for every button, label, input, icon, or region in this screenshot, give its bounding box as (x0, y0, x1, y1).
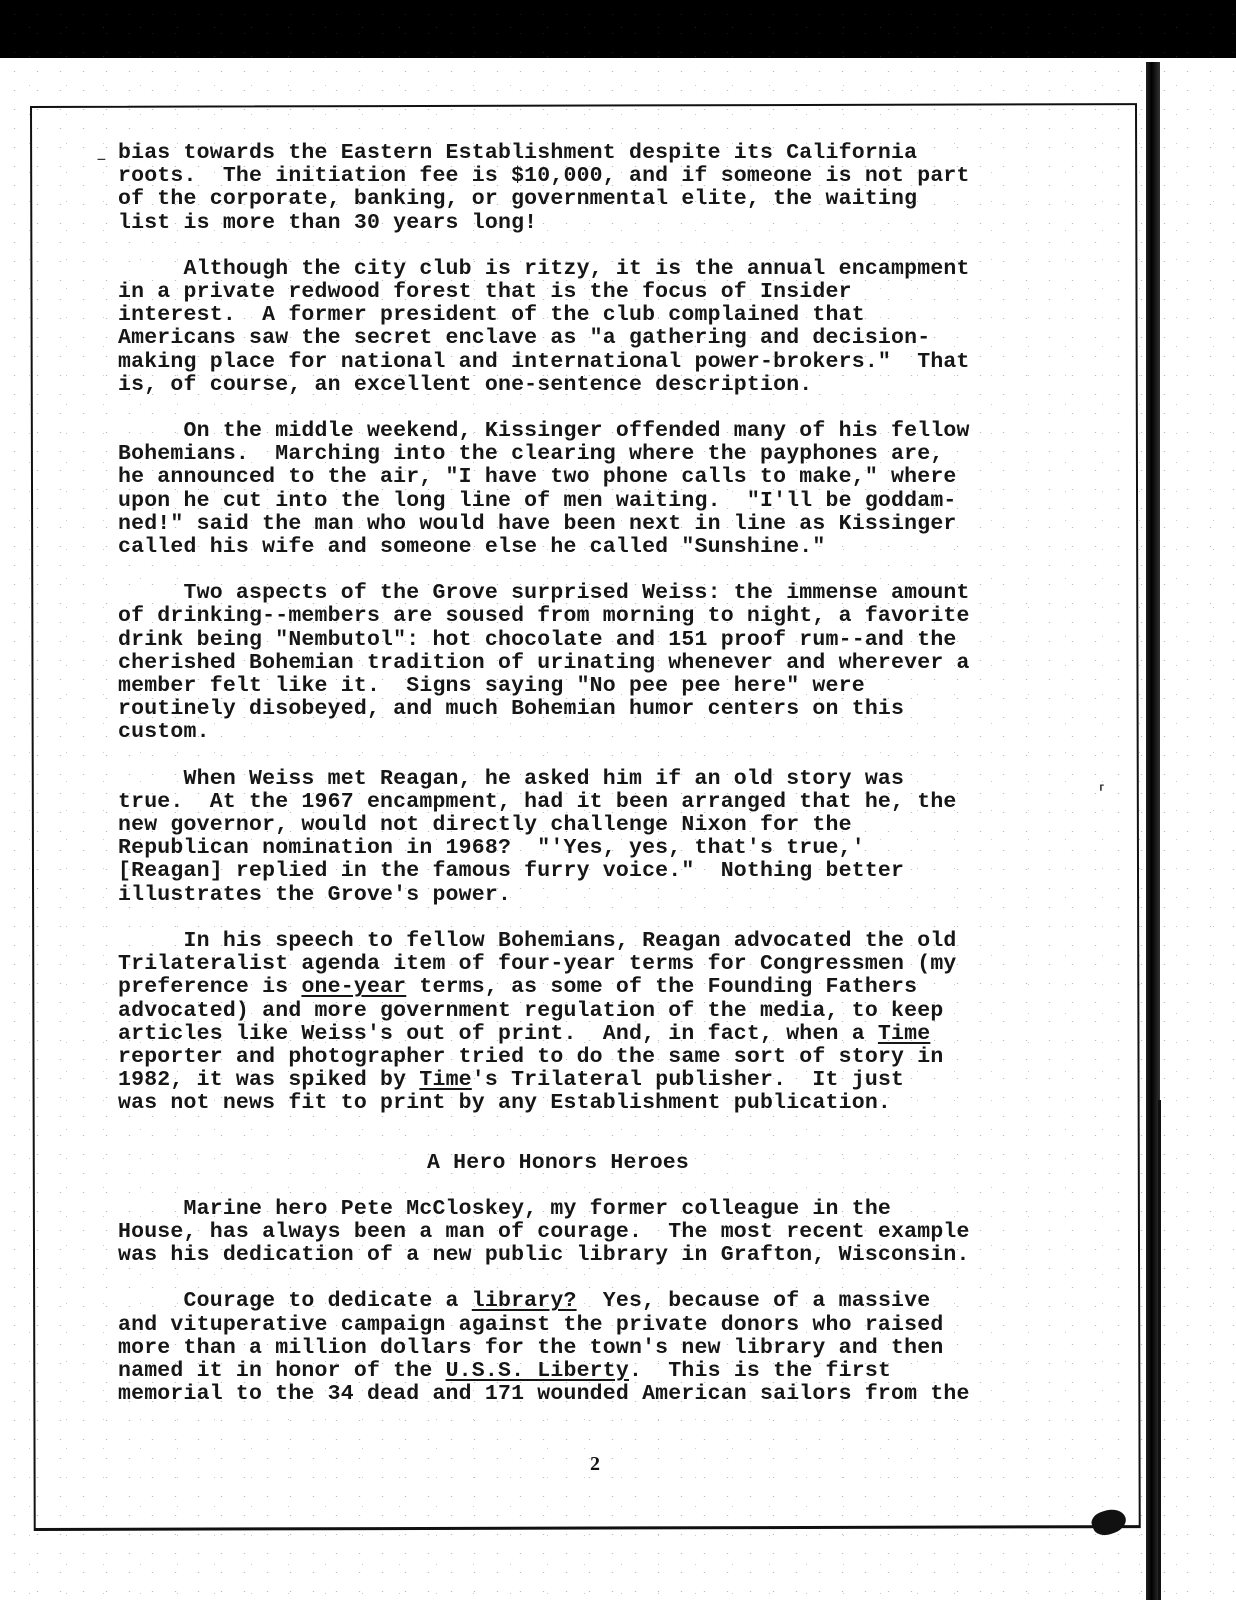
text-line: Marine hero Pete McCloskey, my former co… (118, 1198, 1038, 1221)
paragraph-p8-library: Courage to dedicate a library? Yes, beca… (118, 1290, 1038, 1406)
text-line: [Reagan] replied in the famous furry voi… (118, 860, 1038, 883)
text-line: of drinking--members are soused from mor… (118, 605, 1038, 628)
underlined-text: U.S.S. Liberty (446, 1359, 629, 1383)
document-body: bias towards the Eastern Establishment d… (118, 142, 1038, 1429)
text-line: in a private redwood forest that is the … (118, 281, 1038, 304)
text-line: new governor, would not directly challen… (118, 814, 1038, 837)
text-line: named it in honor of the U.S.S. Liberty.… (118, 1360, 1038, 1383)
text-line: member felt like it. Signs saying "No pe… (118, 675, 1038, 698)
paragraph-p7-mccloskey: Marine hero Pete McCloskey, my former co… (118, 1198, 1038, 1268)
text-line: of the corporate, banking, or government… (118, 188, 1038, 211)
text-line: he announced to the air, "I have two pho… (118, 466, 1038, 489)
paragraph-p6-speech: In his speech to fellow Bohemians, Reaga… (118, 930, 1038, 1116)
paragraph-p1-club-bias: bias towards the Eastern Establishment d… (118, 142, 1038, 235)
text-line: list is more than 30 years long! (118, 212, 1038, 235)
text-line: illustrates the Grove's power. (118, 884, 1038, 907)
text-line: Trilateralist agenda item of four-year t… (118, 953, 1038, 976)
page-number: 2 (590, 1453, 600, 1476)
scan-right-edge-line (1158, 1100, 1161, 1600)
text-line: was not news fit to print by any Establi… (118, 1092, 1038, 1115)
text-line: House, has always been a man of courage.… (118, 1221, 1038, 1244)
paragraph-p2-encampment: Although the city club is ritzy, it is t… (118, 258, 1038, 397)
text-line: upon he cut into the long line of men wa… (118, 490, 1038, 513)
text-line: true. At the 1967 encampment, had it bee… (118, 791, 1038, 814)
text-line: Although the city club is ritzy, it is t… (118, 258, 1038, 281)
text-line: reporter and photographer tried to do th… (118, 1046, 1038, 1069)
paragraph-group-section: Marine hero Pete McCloskey, my former co… (118, 1198, 1038, 1407)
text-line: In his speech to fellow Bohemians, Reaga… (118, 930, 1038, 953)
text-line: Courage to dedicate a library? Yes, beca… (118, 1290, 1038, 1313)
paragraph-group-main: bias towards the Eastern Establishment d… (118, 142, 1038, 1116)
underlined-text: one-year (301, 975, 406, 999)
text-line: When Weiss met Reagan, he asked him if a… (118, 768, 1038, 791)
text-line: On the middle weekend, Kissinger offende… (118, 420, 1038, 443)
text-line: and vituperative campaign against the pr… (118, 1314, 1038, 1337)
text-line: is, of course, an excellent one-sentence… (118, 374, 1038, 397)
underlined-text: library? (472, 1289, 577, 1313)
text-line: preference is one-year terms, as some of… (118, 976, 1038, 999)
text-line: Republican nomination in 1968? "'Yes, ye… (118, 837, 1038, 860)
text-line: Bohemians. Marching into the clearing wh… (118, 443, 1038, 466)
text-line: articles like Weiss's out of print. And,… (118, 1023, 1038, 1046)
underlined-text: Time (419, 1068, 471, 1092)
text-line: ned!" said the man who would have been n… (118, 513, 1038, 536)
text-line: roots. The initiation fee is $10,000, an… (118, 165, 1038, 188)
margin-dash-mark: – (96, 150, 107, 170)
paragraph-p4-two-aspects: Two aspects of the Grove surprised Weiss… (118, 582, 1038, 744)
text-line: custom. (118, 721, 1038, 744)
text-line: more than a million dollars for the town… (118, 1337, 1038, 1360)
text-line: advocated) and more government regulatio… (118, 1000, 1038, 1023)
text-line: Two aspects of the Grove surprised Weiss… (118, 582, 1038, 605)
text-line: interest. A former president of the club… (118, 304, 1038, 327)
paragraph-p3-kissinger: On the middle weekend, Kissinger offende… (118, 420, 1038, 559)
text-line: drink being "Nembutol": hot chocolate an… (118, 629, 1038, 652)
underlined-text: Time (878, 1022, 930, 1046)
text-line: bias towards the Eastern Establishment d… (118, 142, 1038, 165)
text-line: routinely disobeyed, and much Bohemian h… (118, 698, 1038, 721)
text-line: memorial to the 34 dead and 171 wounded … (118, 1383, 1038, 1406)
text-line: cherished Bohemian tradition of urinatin… (118, 652, 1038, 675)
text-line: 1982, it was spiked by Time's Trilateral… (118, 1069, 1038, 1092)
text-line: called his wife and someone else he call… (118, 536, 1038, 559)
section-heading: A Hero Honors Heroes (118, 1152, 998, 1175)
text-line: making place for national and internatio… (118, 351, 1038, 374)
margin-hook-mark: ⸢ (1096, 782, 1107, 804)
scan-top-border (0, 0, 1236, 58)
paragraph-p5-reagan-story: When Weiss met Reagan, he asked him if a… (118, 768, 1038, 907)
text-line: Americans saw the secret enclave as "a g… (118, 327, 1038, 350)
text-line: was his dedication of a new public libra… (118, 1244, 1038, 1267)
